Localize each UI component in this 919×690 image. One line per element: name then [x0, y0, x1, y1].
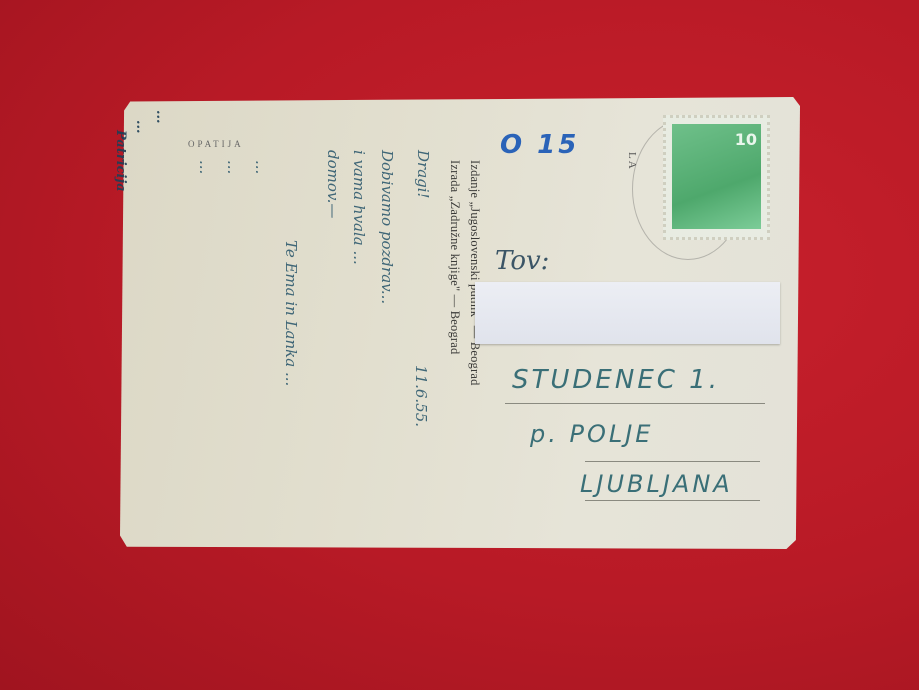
- message-line: i vama hvala ...: [350, 150, 368, 265]
- message-margin-line: ...: [133, 120, 148, 134]
- message-line: ...: [252, 160, 270, 174]
- address-label-sticker: [475, 282, 780, 344]
- address-rule: [585, 500, 760, 501]
- stamp-value: 10: [735, 130, 757, 149]
- message-line: ...: [224, 160, 242, 174]
- stamp-image: 10: [672, 124, 761, 229]
- location-caption: OPATIJA: [188, 139, 244, 149]
- message-date: 11.6.55.: [412, 365, 430, 427]
- address-line-2: p. POLJE: [530, 420, 653, 448]
- address-rule: [585, 461, 760, 462]
- message-line: Dobivamo pozdrav...: [378, 150, 396, 304]
- catalog-code: O 15: [500, 130, 579, 160]
- message-line: ...: [196, 160, 214, 174]
- address-line-1: STUDENEC 1.: [512, 365, 720, 395]
- postage-stamp: 10: [663, 115, 770, 240]
- message-line: Te Ema in Lanka ...: [282, 240, 300, 386]
- publisher-line-1: Izdanje „Jugoslovenski putnik" — Beograd: [467, 160, 482, 386]
- recipient-prefix: Tov:: [495, 246, 549, 276]
- address-rule: [505, 403, 765, 404]
- message-signature: Patricija: [113, 130, 128, 192]
- message-greeting: Dragi!: [414, 150, 432, 199]
- address-line-3: LJUBLJANA: [580, 470, 733, 498]
- postmark-text: LA: [626, 152, 638, 171]
- message-line: domov.—: [324, 150, 342, 218]
- publisher-line-2: Izrada „Zadružne knjige" — Beograd: [447, 160, 462, 354]
- message-margin-line: ...: [153, 110, 168, 124]
